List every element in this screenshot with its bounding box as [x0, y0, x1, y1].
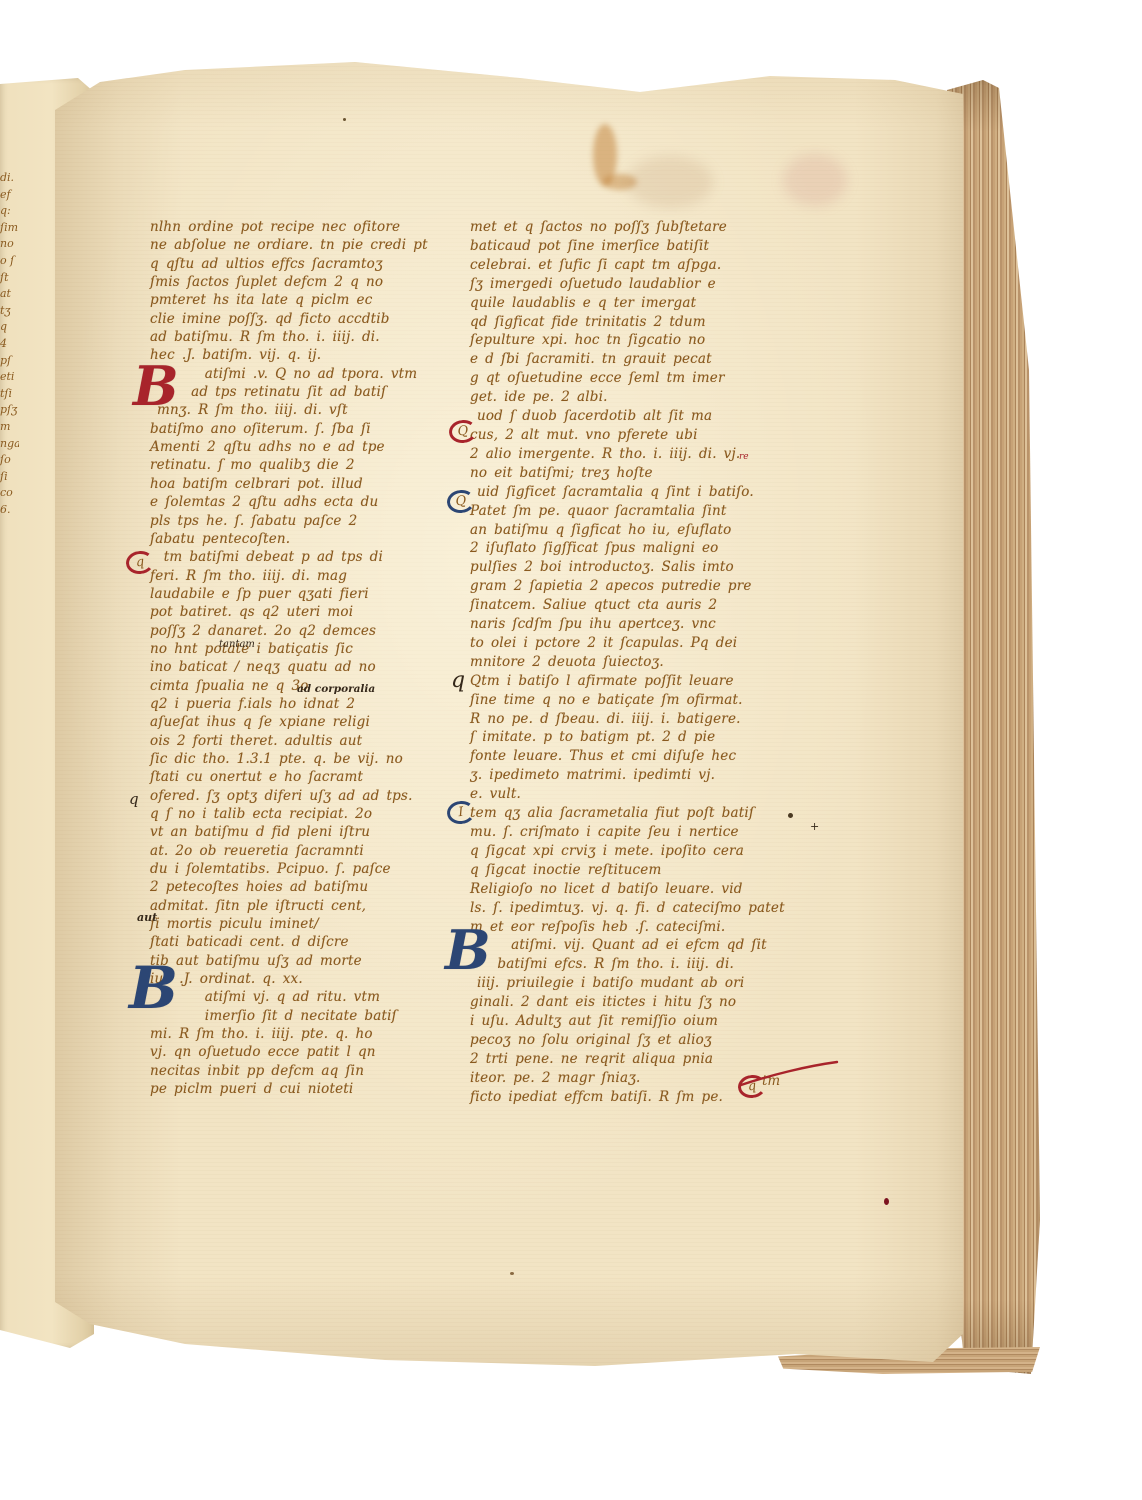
text-line: nlhn ordine pot recipe nec ofitore: [150, 218, 472, 236]
text-line: ad tps retinatu ſit ad batiſ: [150, 383, 472, 401]
text-line: batiſmi efcs. R ſm tho. i. iiij. di.: [470, 955, 818, 974]
text-line: mi. R ſm tho. i. iiij. pte. q. ho: [150, 1025, 472, 1043]
text-line: ne abſolue ne ordiare. tn pie credi pt: [150, 236, 472, 254]
text-line: q ſigcat inoctie reſtitucem: [470, 861, 818, 880]
text-line: m: [0, 419, 19, 436]
text-line: to olei i pctore 2 it ſcapulas. Pq dei: [470, 634, 818, 653]
text-line: hec .J. batiſm. vij. q. ij.: [150, 346, 472, 364]
text-line: pls tps he. ſ. ſabatu paſce 2: [150, 512, 472, 530]
text-line: retinatu. ſ mo qualibʒ die 2: [150, 456, 472, 474]
text-line: tſi: [0, 386, 19, 403]
text-line: quile laudablis e q ter imergat: [470, 294, 818, 313]
text-line: cus, 2 alt mut. vno pferete ubi: [470, 426, 818, 445]
text-line: at. 2o ob reueretia ſacramnti: [150, 842, 472, 860]
paragraph-q-mark: q: [451, 668, 465, 693]
stain-smudge: [627, 156, 713, 208]
text-line: baticaud pot ſine imerſice batiſit: [470, 237, 818, 256]
text-line: an batiſmu q ſigficat ho iu, eſuflato: [470, 521, 818, 540]
text-line: 6.: [0, 502, 19, 519]
text-line: tʒ: [0, 303, 19, 320]
text-line: ſic dic tho. 1.3.1 pte. q. be vij. no: [150, 750, 472, 768]
text-line: batiſmo ano oſiterum. ſ. ſba ſi: [150, 420, 472, 438]
speck-dark: [510, 1272, 514, 1275]
interlinear-correction: tantam: [219, 639, 255, 650]
text-line: feri. R ſm tho. iiij. di. mag: [150, 567, 472, 585]
text-line: imerſio ſit d necitate batiſ: [150, 1007, 472, 1025]
text-line: poſſʒ 2 danaret. 2o q2 demces: [150, 622, 472, 640]
text-line: pſʒ: [0, 402, 19, 419]
text-line: tem qʒ alia ſacrametalia fiut poſt batiſ: [470, 804, 818, 823]
text-line: e d ſbi ſacramiti. tn grauit pecat: [470, 350, 818, 369]
text-line: fonte leuare. Thus et cmi diſuſe hec: [470, 747, 818, 766]
qtm-tail-text: tm: [762, 1073, 780, 1089]
text-line: ginali. 2 dant eis itictes i hitu ſʒ no: [470, 993, 818, 1012]
speck-red: [884, 1198, 889, 1205]
text-line: mnʒ. R ſm tho. iiij. di. vſt: [150, 401, 472, 419]
text-line: R no pe. d ſbeau. di. iiij. i. batigere.: [470, 710, 818, 729]
text-line: admitat. ſitn ple iſtructi cent,: [150, 897, 472, 915]
stain-pink: [783, 154, 847, 206]
text-line: pulſies 2 boi introductoʒ. Salis imto: [470, 558, 818, 577]
text-line: q:: [0, 203, 19, 220]
text-line: ſtati baticadi cent. d diſcre: [150, 933, 472, 951]
text-line: 2 trti pene. ne reqrit aliqua pnia: [470, 1050, 818, 1069]
text-line: uid ſigficet ſacramtalia q ſint i batiſo…: [470, 483, 818, 502]
text-line: atiſmi vj. q ad ritu. vtm: [150, 988, 472, 1006]
text-line: atiſmi .v. Q no ad tpora. vtm: [150, 365, 472, 383]
text-line: at: [0, 286, 19, 303]
text-line: o ſ: [0, 253, 19, 270]
text-line: no: [0, 236, 19, 253]
text-line: ſi: [0, 469, 19, 486]
initial-red-B-left: B: [133, 359, 179, 413]
text-line: ſo: [0, 452, 19, 469]
text-line: uod ſ duob ſacerdotib alt ſit ma: [470, 407, 818, 426]
text-line: ofered. ſʒ optʒ diferi uſʒ ad ad tps.: [150, 787, 472, 805]
text-line: du i ſolemtatibs. Pcipuo. ſ. paſce: [150, 860, 472, 878]
text-line: mnitore 2 deuota ſuiectoʒ.: [470, 653, 818, 672]
text-line: ſʒ imergedi oſuetudo laudablior e: [470, 275, 818, 294]
text-line: pe piclm pueri d cui nioteti: [150, 1080, 472, 1098]
text-line: atiſmi. vij. Quant ad ei efcm qd ſit: [470, 936, 818, 955]
text-column-right: met et q ſactos no poſſʒ ſubſtetarebatic…: [470, 218, 818, 1107]
text-line: ſine time q no e batiçate ſm ofirmat.: [470, 691, 818, 710]
text-line: i uſu. Adultʒ aut ſit remiſſio oium: [470, 1012, 818, 1031]
text-line: di.: [0, 170, 19, 187]
interlinear-correction: aut: [137, 911, 157, 924]
text-line: ois 2 forti theret. adultis aut: [150, 732, 472, 750]
text-line: 4: [0, 336, 19, 353]
text-line: celebrai. et ſufic ſi capt tm aſpga.: [470, 256, 818, 275]
text-line: ſim: [0, 220, 19, 237]
text-line: necitas inbit pp defcm aq ſin: [150, 1062, 472, 1080]
text-line: mu. ſ. criſmato i capite ſeu i nertice: [470, 823, 818, 842]
text-line: ʒ. ipedimeto matrimi. ipedimti vj.: [470, 766, 818, 785]
text-line: q ſigcat xpi crviʒ i mete. ipoſito cera: [470, 842, 818, 861]
text-line: 2 iſuflato ſigſficat ſpus maligni eo: [470, 539, 818, 558]
text-line: pſ: [0, 353, 19, 370]
text-line: vj. qn oſuetudo ecce patit l qn: [150, 1043, 472, 1061]
text-line: Patet ſm pe. quaor ſacramtalia ſint: [470, 502, 818, 521]
manuscript-page: nlhn ordine pot recipe nec ofitorene abſ…: [55, 62, 963, 1366]
text-column-left: nlhn ordine pot recipe nec ofitorene abſ…: [150, 218, 472, 1099]
text-line: get. ide pe. 2 albi.: [470, 388, 818, 407]
text-line: Amenti 2 qſtu adhs no e ad tpe: [150, 438, 472, 456]
facing-page-text-fragments: di.efq:ſimnoo ſſtattʒq4pſetitſipſʒmngaſo…: [0, 170, 19, 518]
text-line: ſt: [0, 270, 19, 287]
text-line: qd ſigficat fide trinitatis 2 tdum: [470, 313, 818, 332]
text-line: ficto ipediat effcm batiſi. R ſm pe.: [470, 1088, 818, 1107]
text-line: g qt oſuetudine ecce ſeml tm imer: [470, 369, 818, 388]
text-line: eti: [0, 369, 19, 386]
text-line: pmteret hs ita late q piclm ec: [150, 291, 472, 309]
text-line: vt an batiſmu d fid pleni iſtru: [150, 823, 472, 841]
text-line: e. vult.: [470, 785, 818, 804]
text-line: tm batiſmi debeat p ad tps di: [150, 548, 472, 566]
text-line: tib aut batiſmu uſʒ ad morte: [150, 952, 472, 970]
text-line: 2 alio imergente. R tho. i. iiij. di. vj…: [470, 445, 818, 464]
text-line: clie imine poſſʒ. qd ficto accdtib: [150, 310, 472, 328]
text-line: iiij. priuilegie i batiſo mudant ab ori: [470, 974, 818, 993]
text-line: q qſtu ad ultios effcs ſacramtoʒ: [150, 255, 472, 273]
text-line: iud .J. ordinat. q. xx.: [150, 970, 472, 988]
text-line: ef: [0, 187, 19, 204]
text-line: ſi mortis piculu iminet/: [150, 915, 472, 933]
manuscript-photo: di.efq:ſimnoo ſſtattʒq4pſetitſipſʒmngaſo…: [0, 0, 1142, 1500]
text-line: e ſolemtas 2 qſtu adhs ecta du: [150, 493, 472, 511]
text-line: Religioſo no licet d batiſo leuare. vid: [470, 880, 818, 899]
text-line: ſtati cu onertut e ho ſacramt: [150, 768, 472, 786]
text-line: ſepulture xpi. hoc tn ſigcatio no: [470, 331, 818, 350]
text-line: ino baticat / neqʒ quatu ad no: [150, 658, 472, 676]
text-line: ſinatcem. Saliue qtuct cta auris 2: [470, 596, 818, 615]
plus-mark: +: [810, 820, 819, 833]
text-line: 2 petecoſtes hoies ad batiſmu: [150, 878, 472, 896]
text-line: hoa batiſm celbrari pot. illud: [150, 475, 472, 493]
initial-blue-B-left: B: [129, 959, 178, 1017]
text-line: ſabatu pentecoſten.: [150, 530, 472, 548]
text-line: ſmis ſactos ſuplet defcm 2 q no: [150, 273, 472, 291]
text-line: aſueſat ihus q ſe xpiane religi: [150, 713, 472, 731]
interlinear-correction: ad corporalia: [297, 683, 375, 695]
text-line: q2 i pueria f.ials ho idnat 2: [150, 695, 472, 713]
text-line: gram 2 ſapietia 2 apecos putredie pre: [470, 577, 818, 596]
initial-blue-B-right: B: [445, 923, 491, 977]
text-line: laudabile e ſp puer qʒati fieri: [150, 585, 472, 603]
text-line: no hnt potate i batiçatis ſic: [150, 640, 472, 658]
text-line: m et eor reſpoſis heb .ſ. cateciſmi.: [470, 918, 818, 937]
speck-dark: [343, 118, 346, 121]
text-line: ls. ſ. ipedimtuʒ. vj. q. fi. d cateciſmo…: [470, 899, 818, 918]
text-line: nga: [0, 436, 19, 453]
text-line: met et q ſactos no poſſʒ ſubſtetare: [470, 218, 818, 237]
text-line: q ſ no i talib ecta recipiat. 2o: [150, 805, 472, 823]
text-line: co: [0, 485, 19, 502]
text-line: q: [0, 319, 19, 336]
text-line: ſ imitate. p to batigm pt. 2 d pie: [470, 728, 818, 747]
text-line: ad batiſmu. R ſm tho. i. iiij. di.: [150, 328, 472, 346]
paragraph-q-mark: q: [129, 790, 139, 808]
red-superscript: re: [739, 452, 749, 462]
text-line: no eit batiſmi; treʒ hoſte: [470, 464, 818, 483]
text-line: naris ſcdſm ſpu ihu apertceʒ. vnc: [470, 615, 818, 634]
text-line: pot batiret. qs q2 uteri moi: [150, 603, 472, 621]
text-line: pecoʒ no ſolu original ſʒ et alioʒ: [470, 1031, 818, 1050]
text-line: Qtm i batiſo l afirmate poſſit leuare: [470, 672, 818, 691]
